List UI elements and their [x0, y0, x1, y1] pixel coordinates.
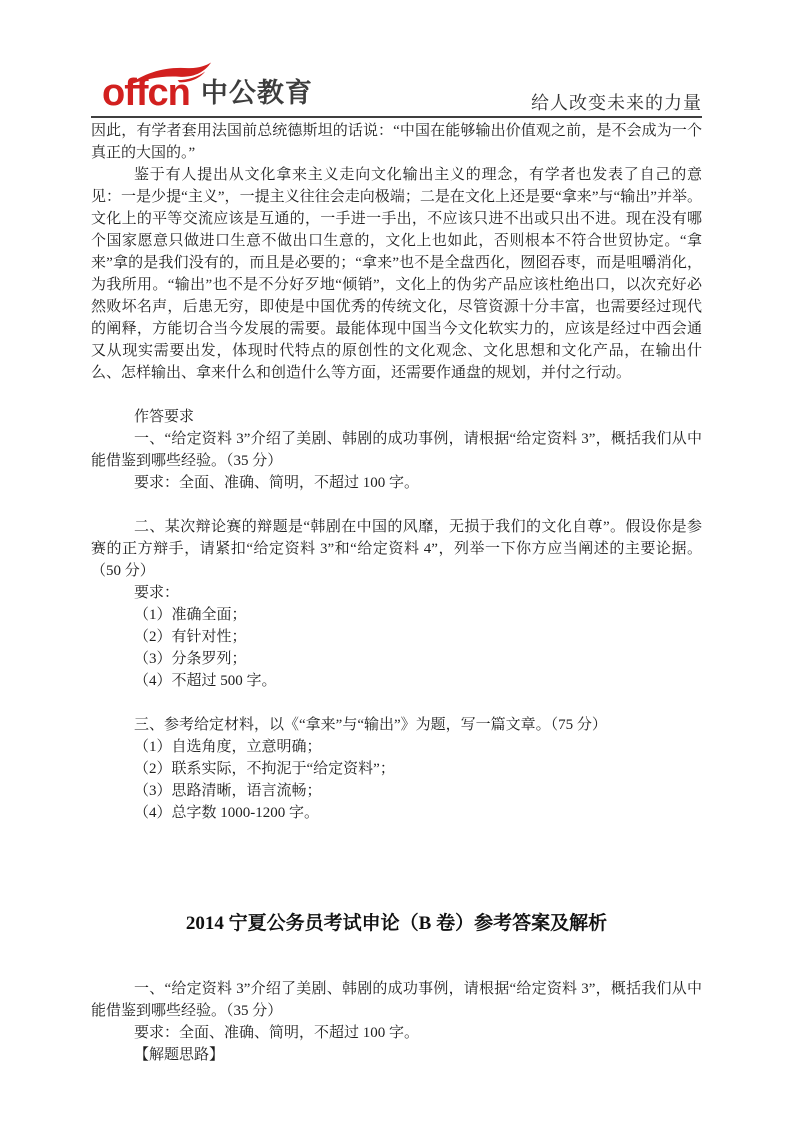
- answers-section-heading: 2014 宁夏公务员考试申论（B 卷）参考答案及解析: [91, 912, 702, 936]
- question-2-item-1: （1）准确全面；: [91, 604, 702, 626]
- question-2-item-4: （4）不超过 500 字。: [91, 670, 702, 692]
- offcn-logo: offcn 中公教育: [102, 78, 313, 108]
- question-3-item-1: （1）自选角度，立意明确；: [91, 736, 702, 758]
- answer-question-1: 一、“给定资料 3”介绍了美剧、韩剧的成功事例，请根据“给定资料 3”，概括我们…: [91, 978, 702, 1022]
- question-3: 三、参考给定材料，以《“拿来”与“输出”》为题，写一篇文章。（75 分）: [91, 714, 702, 736]
- answer-requirements-title: 作答要求: [91, 406, 702, 428]
- question-1: 一、“给定资料 3”介绍了美剧、韩剧的成功事例，请根据“给定资料 3”，概括我们…: [91, 428, 702, 472]
- question-2-requirements-label: 要求：: [91, 582, 702, 604]
- header-slogan: 给人改变未来的力量: [531, 93, 702, 113]
- doc-body: 因此，有学者套用法国前总统德斯坦的话说：“中国在能够输出价值观之前，是不会成为一…: [91, 118, 702, 1066]
- question-2-item-2: （2）有针对性；: [91, 626, 702, 648]
- question-3-item-2: （2）联系实际，不拘泥于“给定资料”；: [91, 758, 702, 780]
- body-paragraph-main: 鉴于有人提出从文化拿来主义走向文化输出主义的理念，有学者也发表了自己的意见：一是…: [91, 164, 702, 384]
- document-page: offcn 中公教育 给人改变未来的力量 因此，有学者套用法国前总统德斯坦的话说…: [0, 0, 793, 1122]
- question-2-item-3: （3）分条罗列；: [91, 648, 702, 670]
- body-paragraph-continuation: 因此，有学者套用法国前总统德斯坦的话说：“中国在能够输出价值观之前，是不会成为一…: [91, 120, 702, 164]
- question-3-item-4: （4）总字数 1000-1200 字。: [91, 802, 702, 824]
- logo-cn-text: 中公教育: [201, 80, 313, 108]
- question-3-item-3: （3）思路清晰，语言流畅；: [91, 780, 702, 802]
- question-2: 二、某次辩论赛的辩题是“韩剧在中国的风靡，无损于我们的文化自尊”。假设你是参赛的…: [91, 516, 702, 582]
- answer-approach-label: 【解题思路】: [91, 1044, 702, 1066]
- offcn-swoosh-icon: [126, 62, 212, 88]
- offcn-wordmark: offcn: [102, 78, 190, 108]
- question-1-requirements: 要求：全面、准确、简明，不超过 100 字。: [91, 472, 702, 494]
- page-header: offcn 中公教育 给人改变未来的力量: [91, 0, 702, 118]
- answer-question-1-requirements: 要求：全面、准确、简明，不超过 100 字。: [91, 1022, 702, 1044]
